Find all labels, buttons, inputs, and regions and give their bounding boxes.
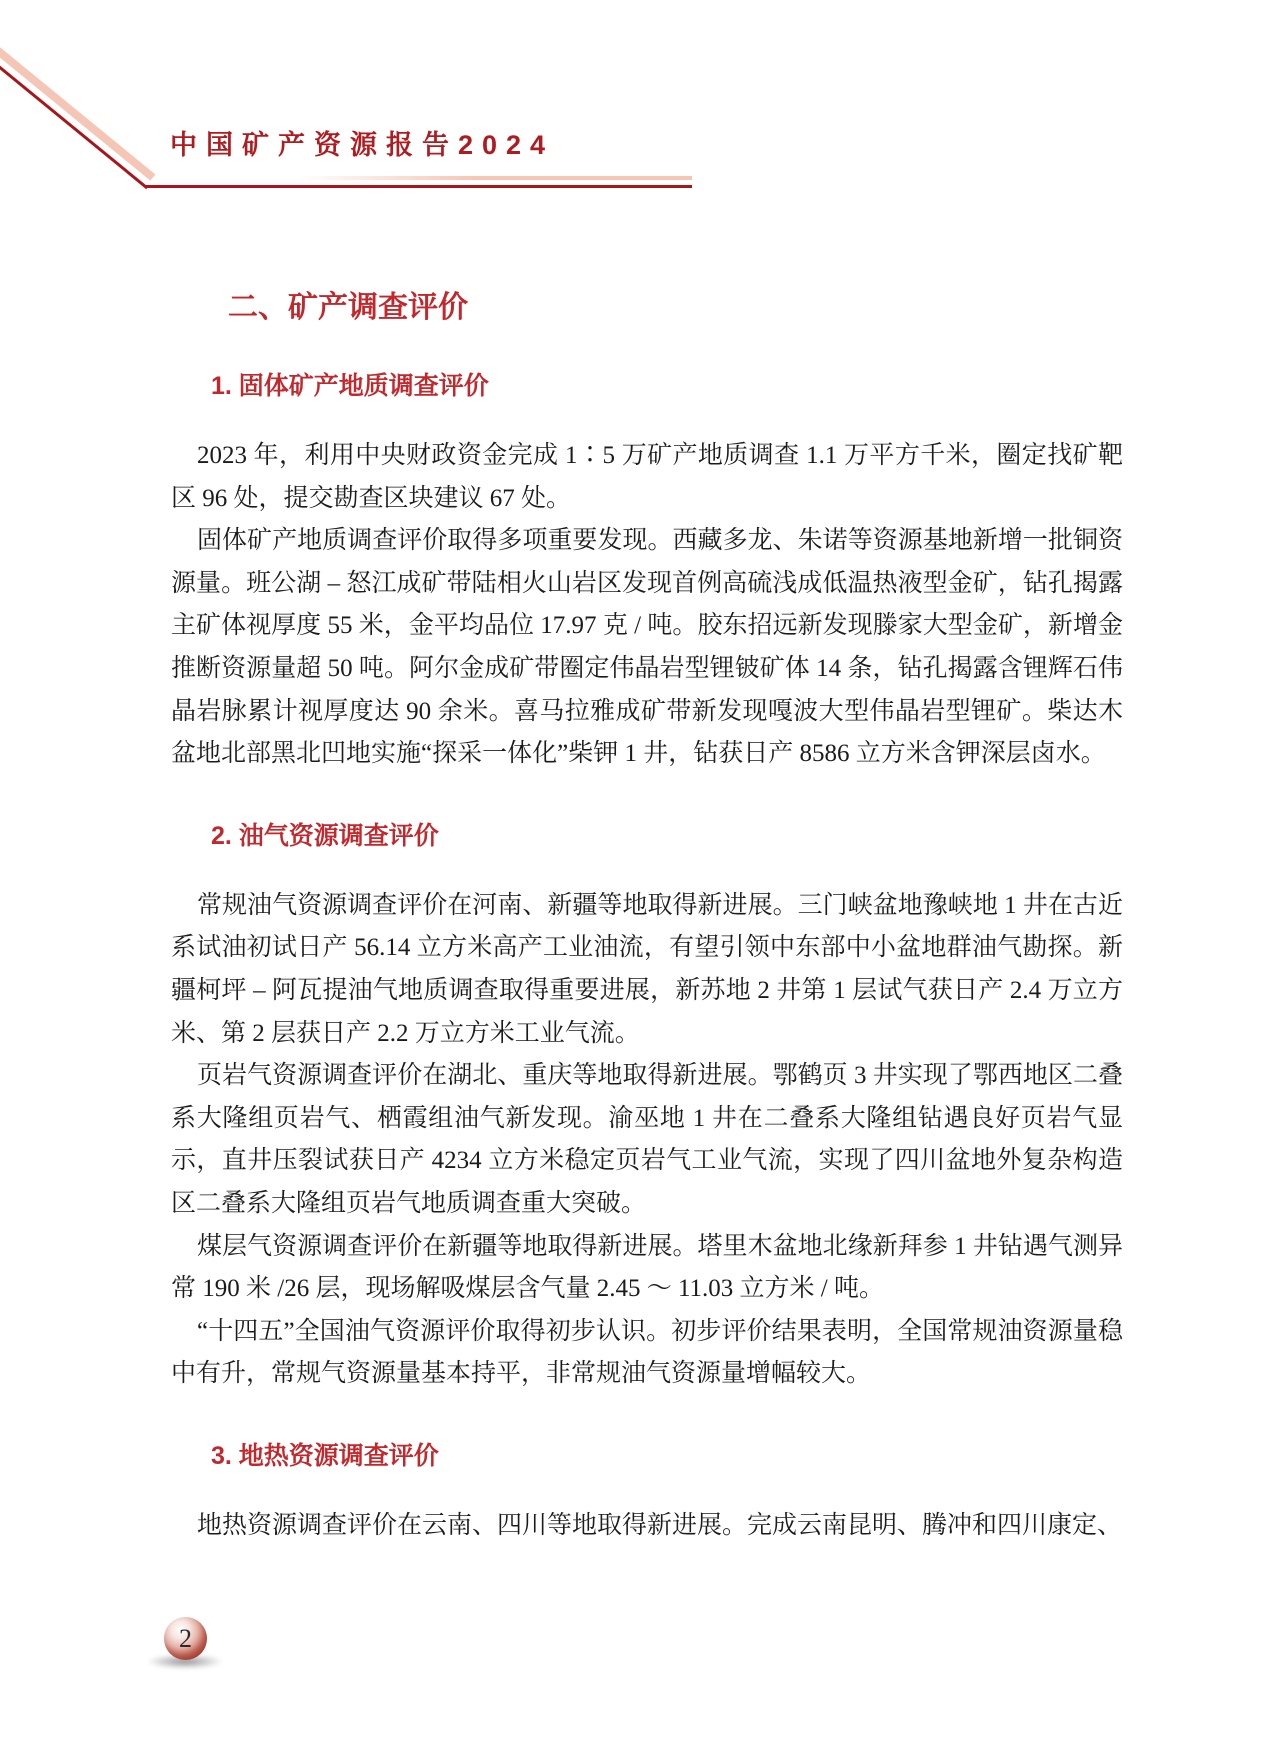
section-title: 二、矿产调查评价 — [228, 290, 1123, 326]
paragraph-solid-minerals-2: 固体矿产地质调查评价取得多项重要发现。西藏多龙、朱诺等资源基地新增一批铜资源量。… — [171, 520, 1123, 776]
paragraph-geothermal: 地热资源调查评价在云南、四川等地取得新进展。完成云南昆明、腾冲和四川康定、 — [171, 1505, 1123, 1548]
corner-ribbon-pink — [0, 44, 155, 181]
corner-ribbon-red — [0, 64, 148, 189]
page-number: 2 — [179, 1624, 192, 1654]
paragraph-shale-gas: 页岩气资源调查评价在湖北、重庆等地取得新进展。鄂鹤页 3 井实现了鄂西地区二叠系… — [171, 1055, 1123, 1225]
header-rule-red — [146, 185, 692, 188]
header-rule-pink — [298, 176, 692, 180]
subsection-2-heading: 2. 油气资源调查评价 — [211, 820, 1123, 852]
document-page: 中国矿产资源报告2024 二、矿产调查评价 1. 固体矿产地质调查评价 2023… — [0, 0, 1280, 1737]
paragraph-national-evaluation: “十四五”全国油气资源评价取得初步认识。初步评价结果表明，全国常规油资源量稳中有… — [171, 1311, 1123, 1396]
page-content: 二、矿产调查评价 1. 固体矿产地质调查评价 2023 年，利用中央财政资金完成… — [171, 290, 1123, 1547]
report-title: 中国矿产资源报告2024 — [170, 128, 554, 162]
page-number-badge: 2 — [164, 1617, 207, 1660]
subsection-1-heading: 1. 固体矿产地质调查评价 — [211, 370, 1123, 402]
subsection-3-heading: 3. 地热资源调查评价 — [211, 1440, 1123, 1472]
paragraph-solid-minerals-1: 2023 年，利用中央财政资金完成 1∶5 万矿产地质调查 1.1 万平方千米，… — [171, 435, 1123, 520]
paragraph-oil-gas-1: 常规油气资源调查评价在河南、新疆等地取得新进展。三门峡盆地豫峡地 1 井在古近系… — [171, 885, 1123, 1055]
paragraph-coalbed-methane: 煤层气资源调查评价在新疆等地取得新进展。塔里木盆地北缘新拜参 1 井钻遇气测异常… — [171, 1226, 1123, 1311]
